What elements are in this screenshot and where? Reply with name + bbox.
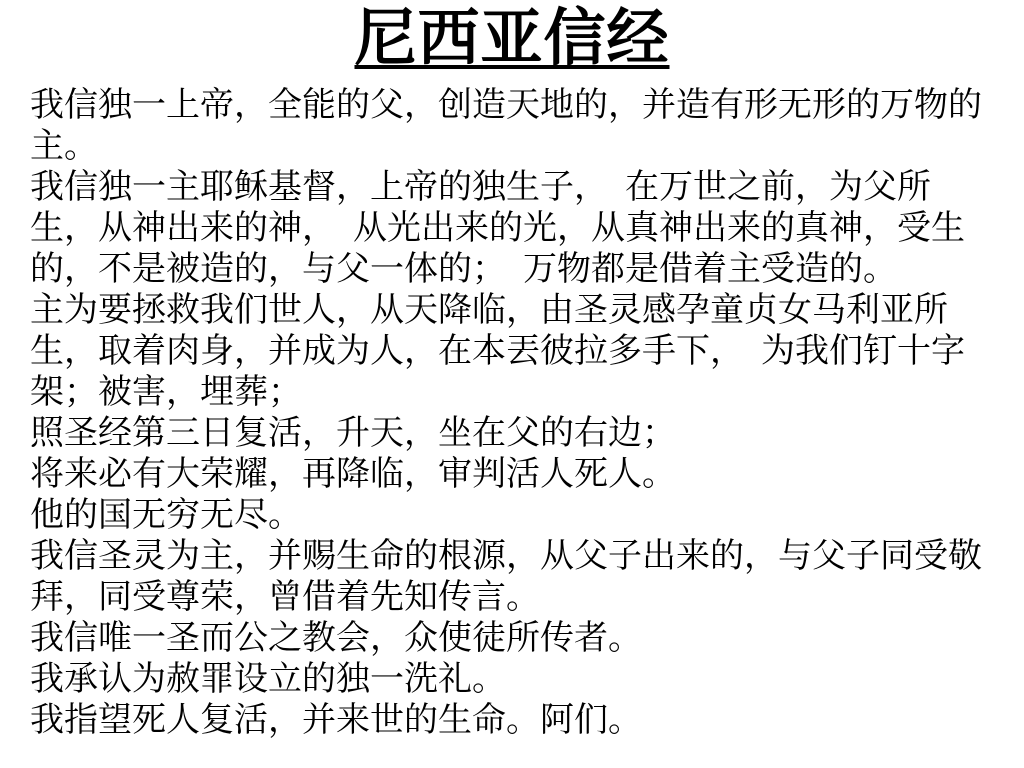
creed-paragraph: 照圣经第三日复活，升天，坐在父的右边；	[30, 413, 998, 454]
creed-paragraph: 主为要拯救我们世人，从天降临，由圣灵感孕童贞女马利亚所生，取着肉身，并成为人，在…	[30, 290, 998, 413]
creed-paragraph: 我信独一主耶稣基督，上帝的独生子， 在万世之前，为父所生，从神出来的神， 从光出…	[30, 167, 998, 290]
slide-title: 尼西亚信经	[0, 2, 1024, 78]
creed-paragraph: 我信圣灵为主，并赐生命的根源，从父子出来的，与父子同受敬拜，同受尊荣，曾借着先知…	[30, 536, 998, 618]
creed-paragraph: 我承认为赦罪设立的独一洗礼。	[30, 659, 998, 700]
slide: 尼西亚信经 我信独一上帝，全能的父，创造天地的，并造有形无形的万物的主。 我信独…	[0, 0, 1024, 768]
creed-body: 我信独一上帝，全能的父，创造天地的，并造有形无形的万物的主。 我信独一主耶稣基督…	[0, 85, 1024, 741]
creed-paragraph: 我信独一上帝，全能的父，创造天地的，并造有形无形的万物的主。	[30, 85, 998, 167]
creed-paragraph: 我信唯一圣而公之教会，众使徒所传者。	[30, 618, 998, 659]
creed-paragraph: 他的国无穷无尽。	[30, 495, 998, 536]
creed-paragraph: 我指望死人复活，并来世的生命。阿们。	[30, 700, 998, 741]
creed-paragraph: 将来必有大荣耀，再降临，审判活人死人。	[30, 454, 998, 495]
